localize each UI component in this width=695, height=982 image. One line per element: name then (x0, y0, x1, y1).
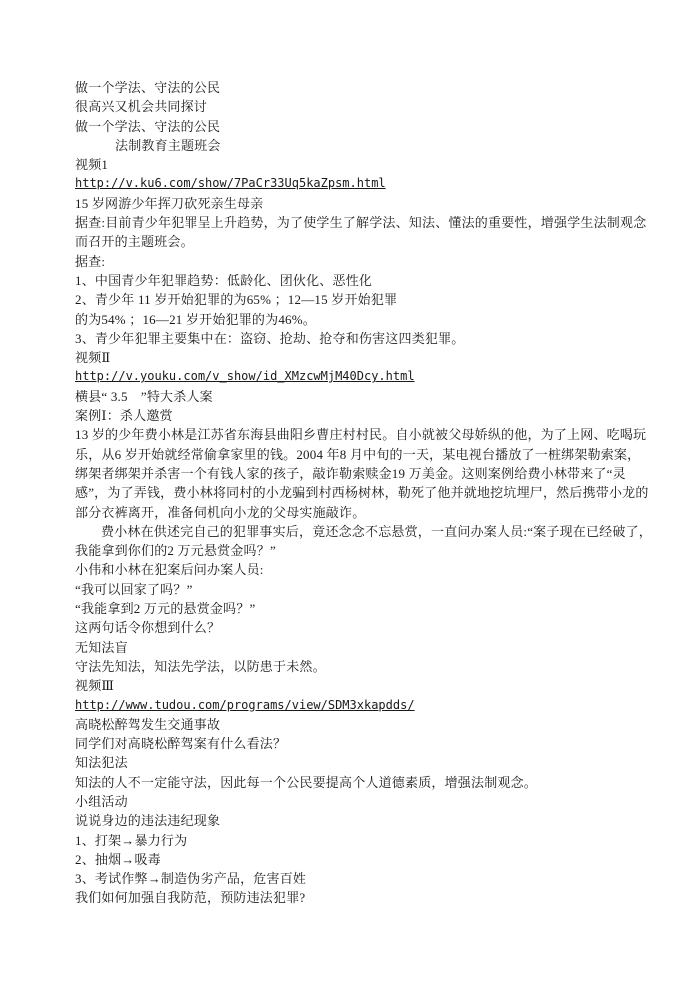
document-line: 据查: (75, 252, 647, 271)
document-line: 同学们对高晓松醉驾案有什么看法？ (75, 734, 647, 753)
document-line: 我们如何加强自我防范，预防违法犯罪? (75, 888, 647, 907)
document-line: 守法先知法，知法先学法，以防患于未然。 (75, 657, 647, 676)
document-line: 法制教育主题班会 (75, 136, 647, 155)
document-line: 2、青少年 11 岁开始犯罪的为65% ；12—15 岁开始犯罪 (75, 290, 647, 309)
document-line: 无知法盲 (75, 638, 647, 657)
document-body: 做一个学法、守法的公民很高兴又机会共同探讨做一个学法、守法的公民法制教育主题班会… (0, 0, 695, 908)
document-line: 知法的人不一定能守法，因此每一个公民要提高个人道德素质，增强法制观念。 (75, 773, 647, 792)
video-url-link[interactable]: http://v.youku.com/v_show/id_XMzcwMjM40D… (75, 367, 415, 386)
document-line: “我可以回家了吗？” (75, 580, 647, 599)
document-line: 1、中国青少年犯罪趋势：低龄化、团伙化、恶性化 (75, 271, 647, 290)
document-line: 而召开的主题班会。 (75, 232, 647, 251)
video-url-link[interactable]: http://www.tudou.com/programs/view/SDM3x… (75, 696, 415, 715)
document-line: 横县“ 3.5 ”特大杀人案 (75, 387, 647, 406)
document-line: 小组活动 (75, 792, 647, 811)
document-line: 乐，从6 岁开始就经常偷拿家里的钱。2004 年8 月中旬的一天，某电视台播放了… (75, 445, 647, 464)
document-line: 这两句话令你想到什么？ (75, 618, 647, 637)
document-line: 视频1 (75, 155, 647, 174)
document-line: 做一个学法、守法的公民 (75, 78, 647, 97)
document-line: 案例Ⅰ：杀人邀赏 (75, 406, 647, 425)
document-line: 高晓松醉驾发生交通事故 (75, 715, 647, 734)
document-line: 绑架者绑架并杀害一个有钱人家的孩子，敲诈勒索赎金19 万美金。这则案例给费小林带… (75, 464, 647, 483)
document-line: 我能拿到你们的2 万元悬赏金吗？” (75, 541, 647, 560)
document-line: 的为54% ；16—21 岁开始犯罪的为46%。 (75, 310, 647, 329)
document-line: 说说身边的违法违纪现象 (75, 811, 647, 830)
document-line: 15 岁网游少年挥刀砍死亲生母亲 (75, 194, 647, 213)
document-line: 知法犯法 (75, 753, 647, 772)
document-line: 据查:目前青少年犯罪呈上升趋势，为了使学生了解学法、知法、懂法的重要性，增强学生… (75, 213, 647, 232)
document-line: 2、抽烟→吸毒 (75, 850, 647, 869)
document-line: 小伟和小林在犯案后问办案人员: (75, 560, 647, 579)
document-line: 1、打架→暴力行为 (75, 831, 647, 850)
document-line: 视频Ⅲ (75, 676, 647, 695)
document-page: 做一个学法、守法的公民很高兴又机会共同探讨做一个学法、守法的公民法制教育主题班会… (0, 0, 695, 982)
document-line: 费小林在供述完自己的犯罪事实后，竟还念念不忘悬赏，一直问办案人员:“案子现在已经… (75, 522, 647, 541)
document-line: 很高兴又机会共同探讨 (75, 97, 647, 116)
video-url-link[interactable]: http://v.ku6.com/show/7PaCr33Uq5kaZpsm.h… (75, 174, 386, 193)
document-line: 做一个学法、守法的公民 (75, 117, 647, 136)
document-line: 感”，为了弄钱，费小林将同村的小龙骗到村西杨树林，勒死了他并就地挖坑埋尸，然后携… (75, 483, 647, 502)
document-line: 部分衣裤离开，准备伺机向小龙的父母实施敲诈。 (75, 503, 647, 522)
document-line: 13 岁的少年费小林是江苏省东海县曲阳乡曹庄村村民。自小就被父母娇纵的他，为了上… (75, 425, 647, 444)
document-line: 视频Ⅱ (75, 348, 647, 367)
document-line: “我能拿到2 万元的悬赏金吗？” (75, 599, 647, 618)
document-line: 3、考试作弊→制造伪劣产品，危害百姓 (75, 869, 647, 888)
document-line: 3、青少年犯罪主要集中在：盗窃、抢劫、抢夺和伤害这四类犯罪。 (75, 329, 647, 348)
